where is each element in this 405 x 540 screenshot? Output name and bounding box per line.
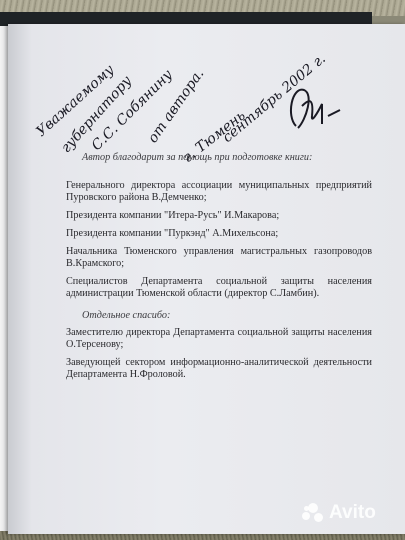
intro-line: Автор благодарит за помощь при подготовк…: [82, 152, 372, 164]
special-thanks-item: Заместителю директора Департамента социа…: [66, 327, 372, 351]
acknowledgement-item: Начальника Тюменского управления магистр…: [66, 246, 372, 270]
watermark-text: Avito: [329, 502, 376, 524]
acknowledgement-item: Президента компании "Пуркэнд" А.Михельсо…: [66, 228, 372, 240]
acknowledgement-item: Специалистов Департамента социальной защ…: [66, 276, 372, 300]
avito-logo-icon: [302, 503, 326, 523]
signature-icon: [278, 76, 348, 146]
avito-watermark: Avito: [302, 500, 376, 526]
acknowledgement-item: Генерального директора ассоциации муници…: [66, 180, 372, 204]
handwritten-inscription: Уважаемому губернатору С.С. Собянину от …: [40, 20, 340, 160]
acknowledgement-item: Президента компании "Итера-Русь" И.Макар…: [66, 210, 372, 222]
special-thanks-heading: Отдельное спасибо:: [82, 310, 372, 322]
acknowledgements-text: Автор благодарит за помощь при подготовк…: [66, 152, 372, 387]
special-thanks-item: Заведующей сектором информационно-аналит…: [66, 357, 372, 381]
